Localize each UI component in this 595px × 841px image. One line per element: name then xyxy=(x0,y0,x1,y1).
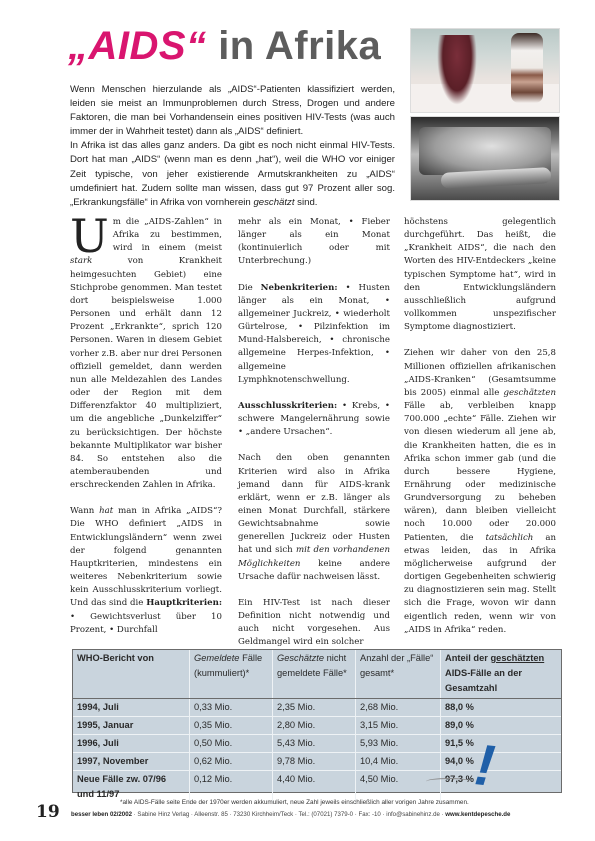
column-1-paragraph-2: Wann hat man in Afrika „AIDS“? Die WHO d… xyxy=(70,505,222,637)
table-row: 1994, Juli 0,33 Mio. 2,35 Mio. 2,68 Mio.… xyxy=(73,699,561,717)
table-footnote: *alle AIDS-Fälle seite Ende der 1970er w… xyxy=(120,799,469,806)
emaciated-patient-photo xyxy=(410,116,560,201)
column-1-paragraph-1: Um die „AIDS-Zahlen“ in Afrika zu bestim… xyxy=(70,216,222,492)
publisher-details: · Sabine Hinz Verlag · Alleenstr. 85 · 7… xyxy=(132,811,445,818)
photo-stack xyxy=(410,28,560,201)
title-in-afrika: in Afrika xyxy=(207,24,382,68)
header-estimated-cases: Geschätzte nicht gemeldete Fälle* xyxy=(273,650,356,699)
article-column-3: höchstens gelegentlich durchgeführt. Das… xyxy=(404,216,556,650)
intro-paragraph-2: In Afrika ist das alles ganz anders. Da … xyxy=(70,139,395,209)
header-who-report: WHO-Bericht von xyxy=(73,650,190,699)
hospital-patient-photo xyxy=(410,28,560,113)
column-2-paragraph-3: Ausschlusskriterien: • Krebs, • schwere … xyxy=(238,400,390,439)
intro-lead: Wenn Menschen hierzulande als „AIDS“-Pat… xyxy=(70,83,395,210)
column-3-paragraph-1: höchstens gelegentlich durchgeführt. Das… xyxy=(404,216,556,334)
publisher-footer: besser leben 02/2002 · Sabine Hinz Verla… xyxy=(71,811,510,818)
column-2-paragraph-2: Die Nebenkriterien: • Husten länger als … xyxy=(238,282,390,387)
intro-paragraph-1: Wenn Menschen hierzulande als „AIDS“-Pat… xyxy=(70,83,395,139)
column-2-paragraph-1: mehr als ein Monat, • Fieber länger als … xyxy=(238,216,390,269)
drop-cap: U xyxy=(70,218,109,254)
column-2-paragraph-5: Ein HIV-Test ist nach dieser Definition … xyxy=(238,597,390,650)
underline-squiggle xyxy=(426,778,471,785)
table-row: 1995, Januar 0,35 Mio. 2,80 Mio. 3,15 Mi… xyxy=(73,717,561,735)
header-estimated-share: Anteil der geschätzten AIDS-Fälle an der… xyxy=(441,650,562,699)
page-title: „AIDS“ in Afrika xyxy=(68,22,381,70)
article-column-1: Um die „AIDS-Zahlen“ in Afrika zu bestim… xyxy=(70,216,222,650)
column-2-paragraph-4: Nach den oben genannten Kriterien wird a… xyxy=(238,452,390,584)
page-number: 19 xyxy=(36,802,60,822)
column-3-paragraph-2: Ziehen wir daher von den 25,8 Millionen … xyxy=(404,347,556,636)
website-link[interactable]: www.kentdepesche.de xyxy=(445,811,510,818)
header-total-cases: Anzahl der „Fälle“ gesamt* xyxy=(356,650,441,699)
title-aids: „AIDS“ xyxy=(68,24,207,68)
article-column-2: mehr als ein Monat, • Fieber länger als … xyxy=(238,216,390,663)
table-header-row: WHO-Bericht von Gemeldete Fälle (kummuli… xyxy=(73,650,561,699)
publication-name: besser leben 02/2002 xyxy=(71,811,132,818)
header-reported-cases: Gemeldete Fälle (kummuliert)* xyxy=(190,650,273,699)
